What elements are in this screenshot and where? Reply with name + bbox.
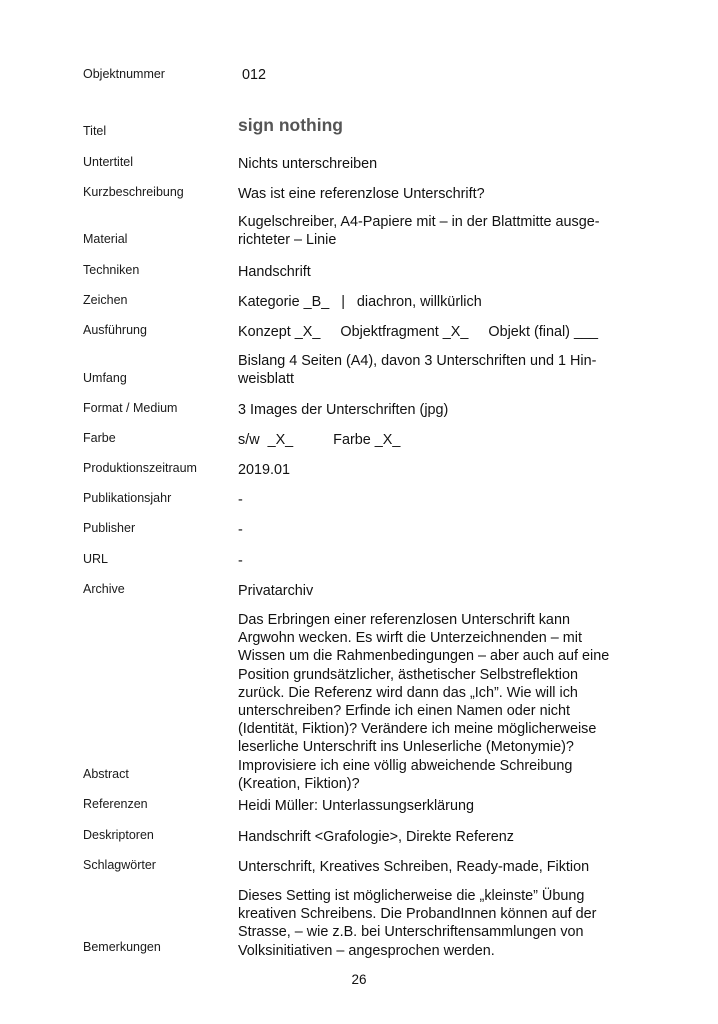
label-objektnummer: Objektnummer bbox=[83, 67, 165, 81]
label-publikationsjahr: Publikationsjahr bbox=[83, 491, 171, 505]
label-farbe: Farbe bbox=[83, 431, 116, 445]
value-publikationsjahr: - bbox=[238, 491, 658, 509]
value-produktionszeitraum: 2019.01 bbox=[238, 461, 658, 479]
label-zeichen: Zeichen bbox=[83, 293, 127, 307]
abstract-line: Wissen um die Rahmenbedingungen – aber a… bbox=[238, 647, 658, 665]
abstract-line: Improvisiere ich eine völlig abweichende… bbox=[238, 757, 658, 775]
abstract-line: Position grundsätzlicher, ästhetischer S… bbox=[238, 666, 658, 684]
label-schlagwoerter: Schlagwörter bbox=[83, 858, 156, 872]
value-material-line1: Kugelschreiber, A4-Papiere mit – in der … bbox=[238, 213, 658, 231]
value-kurzbeschreibung: Was ist eine referenzlose Unterschrift? bbox=[238, 185, 658, 203]
label-ausfuehrung: Ausführung bbox=[83, 323, 147, 337]
value-bemerkungen: Dieses Setting ist möglicherweise die „k… bbox=[238, 887, 658, 960]
value-material: Kugelschreiber, A4-Papiere mit – in der … bbox=[238, 213, 658, 249]
abstract-line: Argwohn wecken. Es wirft die Unterzeichn… bbox=[238, 629, 658, 647]
label-archive: Archive bbox=[83, 582, 125, 596]
value-objektnummer: 012 bbox=[242, 66, 662, 84]
value-zeichen: Kategorie _B_ | diachron, willkürlich bbox=[238, 293, 658, 311]
value-abstract: Das Erbringen einer referenzlosen Unters… bbox=[238, 611, 658, 793]
label-umfang: Umfang bbox=[83, 371, 127, 385]
bemerkungen-line: kreativen Schreibens. Die ProbandInnen k… bbox=[238, 905, 658, 923]
label-titel: Titel bbox=[83, 124, 106, 138]
bemerkungen-line: Volksinitiativen – angesprochen werden. bbox=[238, 942, 658, 960]
value-archive: Privatarchiv bbox=[238, 582, 658, 600]
abstract-line: Das Erbringen einer referenzlosen Unters… bbox=[238, 611, 658, 629]
label-deskriptoren: Deskriptoren bbox=[83, 828, 154, 842]
abstract-line: (Identität, Fiktion)? Verändere ich mein… bbox=[238, 720, 658, 738]
value-umfang-line2: weisblatt bbox=[238, 370, 658, 388]
value-untertitel: Nichts unterschreiben bbox=[238, 155, 658, 173]
value-titel: sign nothing bbox=[238, 116, 658, 134]
value-publisher: - bbox=[238, 521, 658, 539]
value-referenzen: Heidi Müller: Unterlassungserklärung bbox=[238, 797, 658, 815]
label-untertitel: Untertitel bbox=[83, 155, 133, 169]
value-umfang-line1: Bislang 4 Seiten (A4), davon 3 Unterschr… bbox=[238, 352, 658, 370]
label-produktionszeitraum: Produktionszeitraum bbox=[83, 461, 197, 475]
value-farbe: s/w _X_ Farbe _X_ bbox=[238, 431, 658, 449]
page-number: 26 bbox=[0, 972, 718, 987]
label-techniken: Techniken bbox=[83, 263, 139, 277]
label-referenzen: Referenzen bbox=[83, 797, 148, 811]
value-ausfuehrung: Konzept _X_ Objektfragment _X_ Objekt (f… bbox=[238, 323, 658, 341]
label-abstract: Abstract bbox=[83, 767, 129, 781]
value-deskriptoren: Handschrift <Grafologie>, Direkte Refere… bbox=[238, 828, 658, 846]
abstract-line: unterschreiben? Erfinde ich einen Namen … bbox=[238, 702, 658, 720]
label-publisher: Publisher bbox=[83, 521, 135, 535]
label-material: Material bbox=[83, 232, 127, 246]
label-bemerkungen: Bemerkungen bbox=[83, 940, 161, 954]
bemerkungen-line: Strasse, – wie z.B. bei Unterschriftensa… bbox=[238, 923, 658, 941]
abstract-line: leserliche Unterschrift ins Unleserliche… bbox=[238, 738, 658, 756]
value-material-line2: richteter – Linie bbox=[238, 231, 658, 249]
label-kurzbeschreibung: Kurzbeschreibung bbox=[83, 185, 184, 199]
value-umfang: Bislang 4 Seiten (A4), davon 3 Unterschr… bbox=[238, 352, 658, 388]
abstract-line: (Kreation, Fiktion)? bbox=[238, 775, 658, 793]
label-url: URL bbox=[83, 552, 108, 566]
value-url: - bbox=[238, 552, 658, 570]
label-format: Format / Medium bbox=[83, 401, 177, 415]
value-techniken: Handschrift bbox=[238, 263, 658, 281]
value-schlagwoerter: Unterschrift, Kreatives Schreiben, Ready… bbox=[238, 858, 658, 876]
value-format: 3 Images der Unterschriften (jpg) bbox=[238, 401, 658, 419]
abstract-line: zurück. Die Referenz wird dann das „Ich”… bbox=[238, 684, 658, 702]
bemerkungen-line: Dieses Setting ist möglicherweise die „k… bbox=[238, 887, 658, 905]
